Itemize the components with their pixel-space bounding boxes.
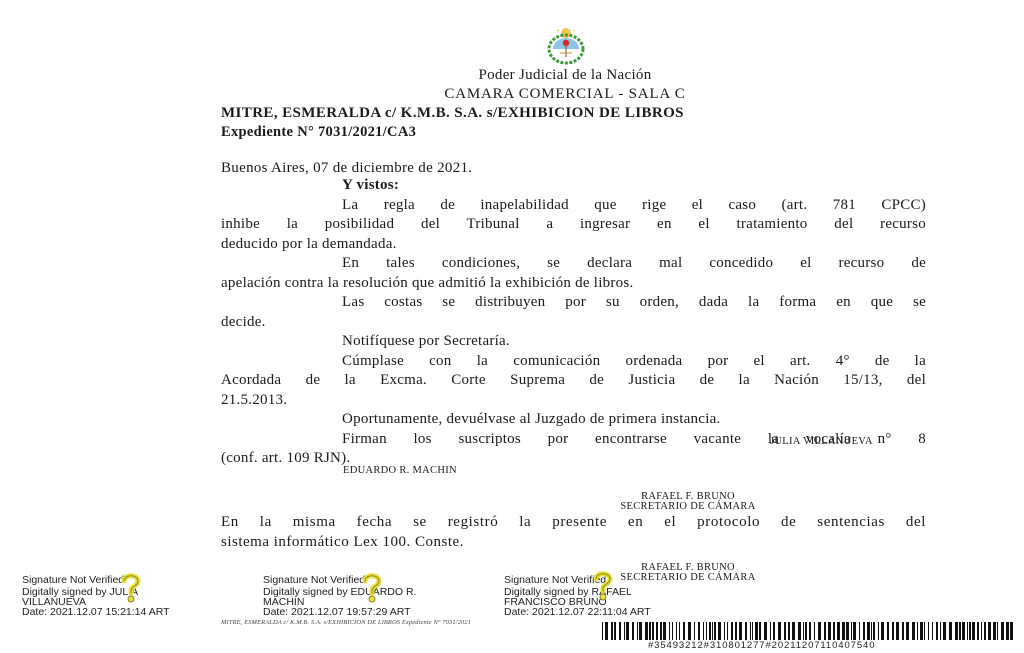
question-mark-unverified-icon [590,569,616,599]
paragraph-line: Acordada de la Excma. Corte Suprema de J… [221,371,926,391]
paragraph-line: La regla de inapelabilidad que rige el c… [221,196,926,216]
paragraph-line: (conf. art. 109 RJN). [221,449,926,469]
paragraph-line: decide. [221,313,926,333]
question-mark-unverified-icon [118,571,144,601]
vistos-heading: Y vistos: [221,176,926,196]
registro-paragraph: En la misma fecha se registró la present… [221,513,926,552]
paragraph-cumplase: Cúmplase con la comunicación ordenada po… [221,352,926,411]
barcode-icon [602,622,1017,640]
paragraph-line: inhibe la posibilidad del Tribunal a ing… [221,215,926,235]
digital-signature-villanueva[interactable]: Signature Not Verified Digitally signed … [22,575,170,617]
paragraph-line: apelación contra la resolución que admit… [221,274,926,294]
signer-eduardo-machin: EDUARDO R. MACHIN [343,465,457,476]
court-name: Poder Judicial de la Nación [0,67,1024,84]
paragraph-line: En tales condiciones, se declara mal con… [221,254,926,274]
question-mark-unverified-icon [359,571,385,601]
paragraph-devuelvase: Oportunamente, devuélvase al Juzgado de … [221,410,926,430]
document-date: Buenos Aires, 07 de diciembre de 2021. [221,160,472,177]
signature-date: Date: 2021.12.07 15:21:14 ART [22,607,170,617]
case-number: Expediente N° 7031/2021/CA3 [221,124,416,141]
secretary-signature-block: RAFAEL F. BRUNO SECRETARIO DE CÁMARA [588,492,788,512]
signature-date: Date: 2021.12.07 19:57:29 ART [263,607,416,617]
paragraph-inapelabilidad: La regla de inapelabilidad que rige el c… [221,196,926,255]
signature-date: Date: 2021.12.07 22:11:04 ART [504,607,651,617]
paragraph-line: Las costas se distribuyen por su orden, … [221,293,926,313]
signature-status: Signature Not Verified [263,575,416,585]
barcode-number: #35493212#310801277#20211207110407540 [648,640,875,651]
paragraph-line: sistema informático Lex 100. Conste. [221,533,926,553]
digital-signature-bruno[interactable]: Signature Not Verified Digitally signed … [504,575,651,617]
signer-julia-villanueva: JULIA VILLANUEVA [770,436,873,447]
paragraph-notifiquese: Notifíquese por Secretaría. [221,332,926,352]
resolution-body: Y vistos: La regla de inapelabilidad que… [221,176,926,469]
argentina-coat-of-arms-icon [546,28,586,66]
signature-status: Signature Not Verified [504,575,651,585]
paragraph-line: Cúmplase con la comunicación ordenada po… [221,352,926,372]
paragraph-mal-concedido: En tales condiciones, se declara mal con… [221,254,926,293]
chamber-name: CAMARA COMERCIAL - SALA C [0,86,1024,103]
footer-case-caption: MITRE, ESMERALDA c/ K.M.B. S.A. s/EXHIBI… [221,619,471,626]
signature-status: Signature Not Verified [22,575,170,585]
paragraph-line: 21.5.2013. [221,391,926,411]
paragraph-line: En la misma fecha se registró la present… [221,513,926,533]
digital-signature-machin[interactable]: Signature Not Verified Digitally signed … [263,575,416,617]
paragraph-line: deducido por la demandada. [221,235,926,255]
paragraph-costas: Las costas se distribuyen por su orden, … [221,293,926,332]
secretary-title: SECRETARIO DE CÁMARA [588,502,788,512]
case-title: MITRE, ESMERALDA c/ K.M.B. S.A. s/EXHIBI… [221,105,684,122]
